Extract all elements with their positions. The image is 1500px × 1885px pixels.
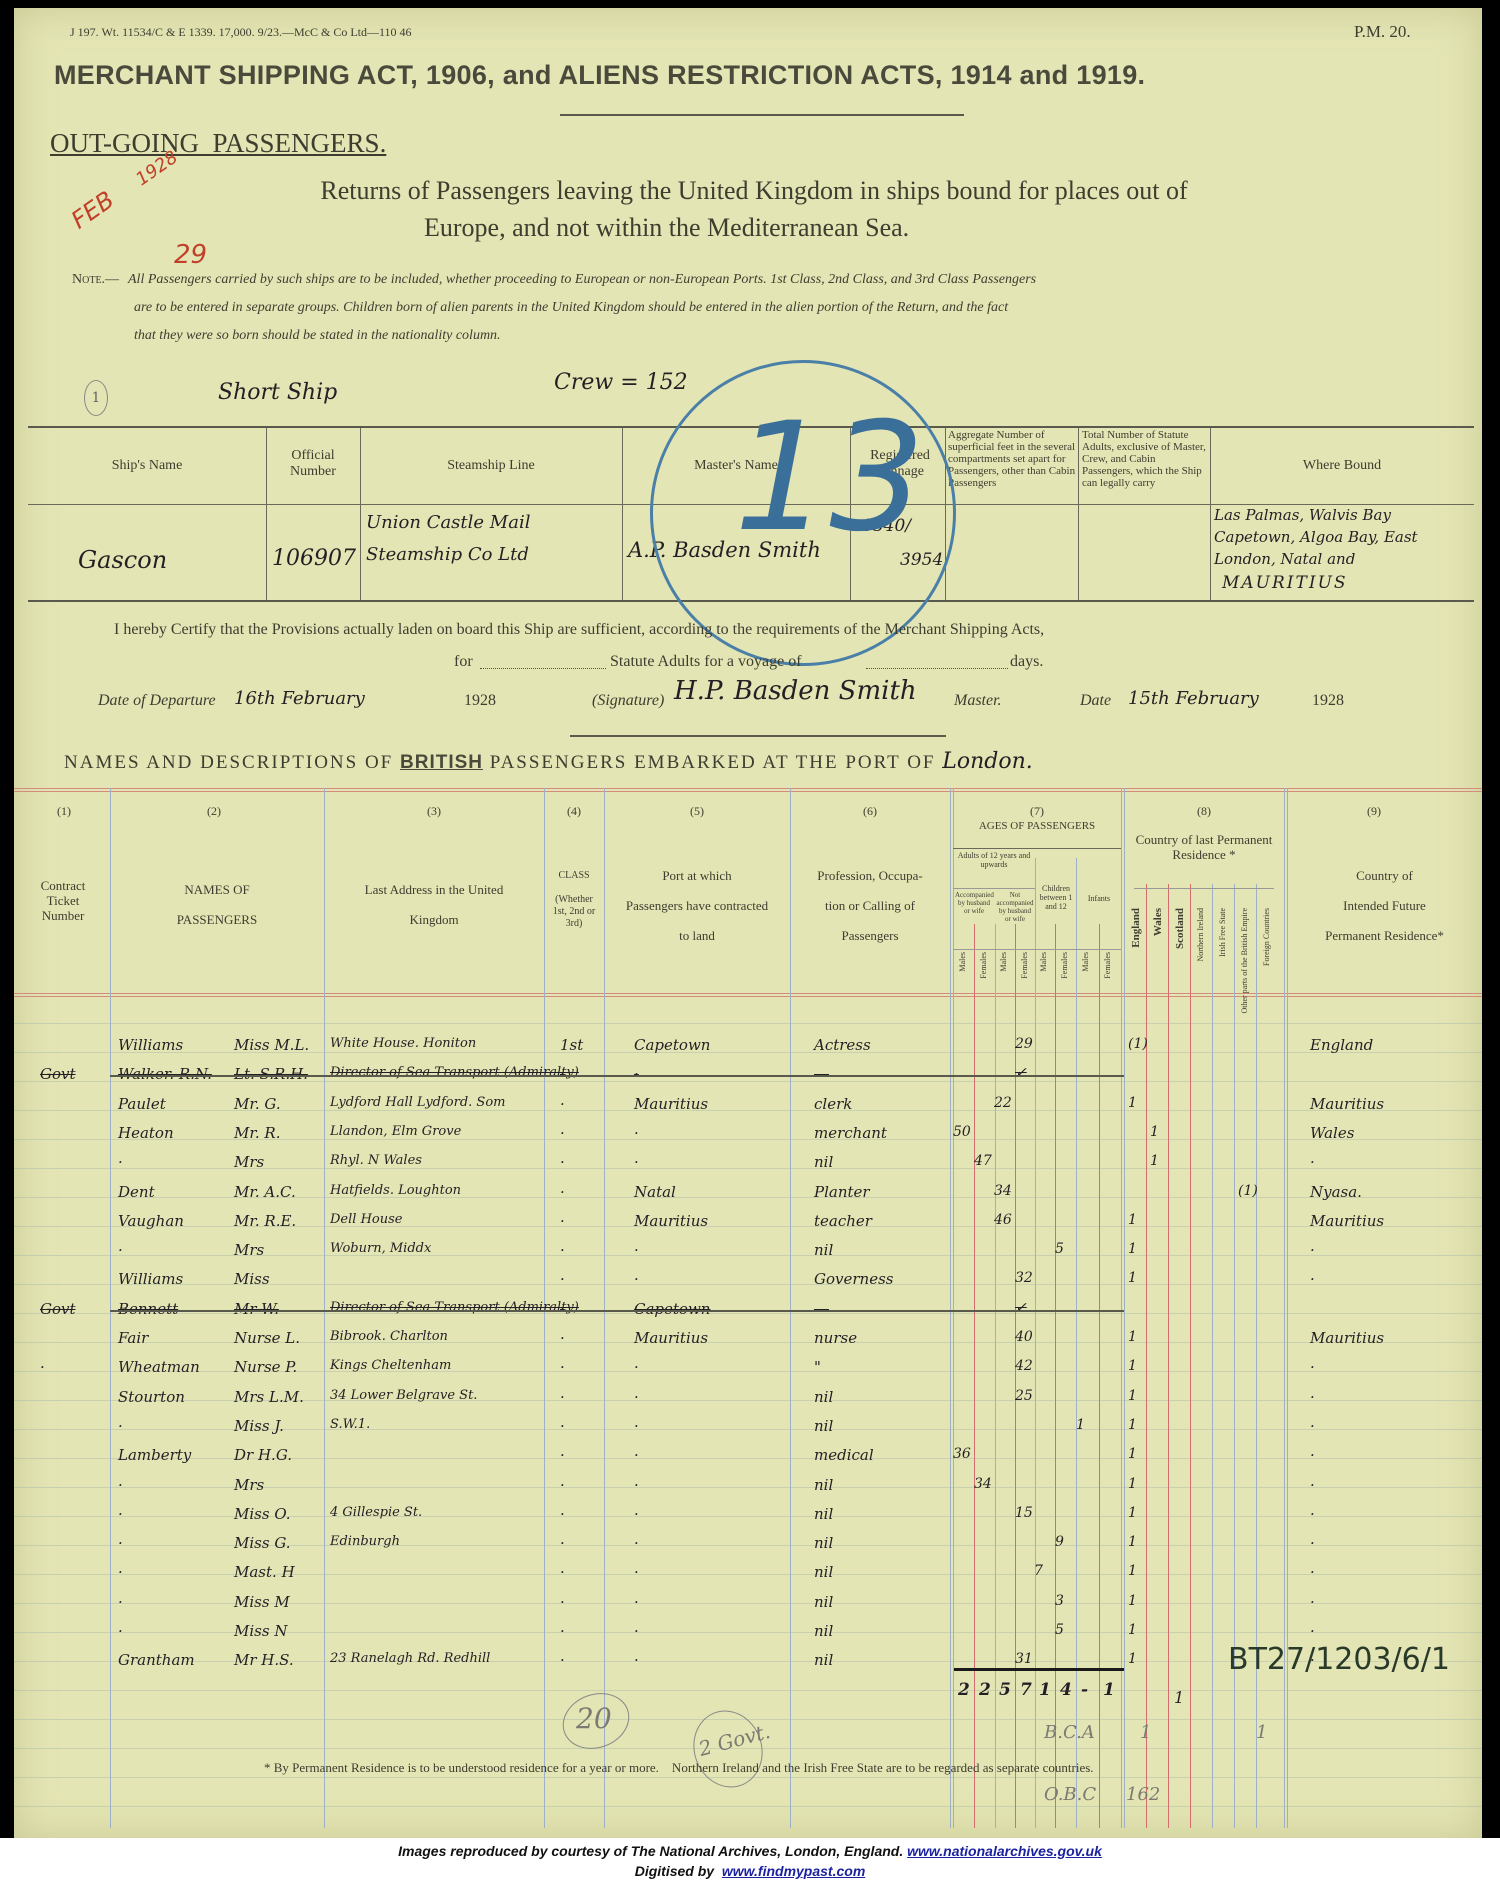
occupation: Actress <box>814 1036 871 1054</box>
passenger-class: · <box>560 1270 565 1288</box>
occupation: — <box>814 1300 829 1318</box>
crew-count-annotation: Crew = 152 <box>554 370 688 395</box>
residence-mark: 1 <box>1128 1329 1137 1345</box>
landing-port: · <box>634 1534 639 1552</box>
short-ship-annotation: Short Ship <box>218 380 337 405</box>
residence-mark: 1 <box>1128 1563 1137 1579</box>
passenger-given-name: Mast. H <box>234 1563 295 1581</box>
departure-date-label: Date of Departure <box>98 692 216 710</box>
passenger-class: · <box>560 1358 565 1376</box>
passenger-surname: Heaton <box>118 1124 174 1142</box>
residence-mark: (1) <box>1238 1183 1258 1199</box>
passenger-given-name: Miss N <box>234 1622 287 1640</box>
col-num-3: (3) <box>414 805 454 818</box>
occupation: Planter <box>814 1183 870 1201</box>
age-subheader: Females <box>1103 952 1112 979</box>
passenger-class: · <box>560 1417 565 1435</box>
last-address: Rhyl. N Wales <box>330 1153 422 1168</box>
landing-port: Capetown <box>634 1300 710 1318</box>
age-value: 42 <box>1015 1358 1033 1374</box>
passenger-given-name: Mr. G. <box>234 1095 281 1113</box>
sign-date-value: 15th February <box>1128 688 1259 709</box>
age-total: 7 <box>1020 1680 1032 1700</box>
blue-circled-number: 13 <box>734 388 925 568</box>
residence-subheader: Other parts of the British Empire <box>1240 908 1249 1014</box>
passenger-class: · <box>560 1388 565 1406</box>
age-subheader: Females <box>1060 952 1069 979</box>
passenger-surname: Williams <box>118 1036 183 1054</box>
passenger-surname: Walker. R.N. <box>118 1065 212 1083</box>
landing-port: · <box>634 1622 639 1640</box>
landing-port: · <box>634 1476 639 1494</box>
age-col-line <box>1076 858 1077 1828</box>
age-total: 2 <box>958 1680 970 1700</box>
future-residence: Mauritius <box>1310 1329 1384 1347</box>
ticket-number: Govt <box>40 1300 76 1318</box>
header-top-red-rule <box>14 788 1482 789</box>
passenger-class: · <box>560 1153 565 1171</box>
residence-mark: 1 <box>1128 1095 1137 1111</box>
certificate-days-label: days. <box>1010 653 1043 671</box>
residence-mark: (1) <box>1128 1036 1148 1052</box>
res-col-line <box>1212 884 1213 1828</box>
age-total: - <box>1081 1680 1088 1700</box>
section-title-british: BRITISH <box>400 752 483 773</box>
passenger-class: · <box>560 1622 565 1640</box>
section-title: OUT-GOING PASSENGERS. <box>50 128 386 159</box>
subtitle-line1: Returns of Passengers leaving the United… <box>134 176 1374 206</box>
age-value: 5 <box>1055 1241 1064 1257</box>
received-stamp-month: FEB <box>66 186 119 235</box>
title-rule <box>560 114 964 116</box>
age-subheader: Males <box>1081 952 1090 972</box>
obc-count: 162 <box>1126 1784 1160 1805</box>
received-stamp-day: 29 <box>174 240 207 270</box>
last-address: 4 Gillespie St. <box>330 1505 422 1520</box>
ticket-number: · <box>40 1358 45 1376</box>
header-bottom-red-rule <box>14 996 1482 997</box>
last-address: Lydford Hall Lydford. Som <box>330 1095 505 1110</box>
age-value: 22 <box>994 1095 1012 1111</box>
passenger-class: · <box>560 1505 565 1523</box>
col-line <box>953 788 954 1828</box>
header-port-line2: Passengers have contracted <box>604 898 790 914</box>
findmypast-link[interactable]: www.findmypast.com <box>722 1863 865 1879</box>
passenger-given-name: Lt. S.R.H. <box>234 1065 308 1083</box>
age-value: 9 <box>1055 1534 1064 1550</box>
age-total: 5 <box>999 1680 1011 1700</box>
future-residence: · <box>1310 1241 1315 1259</box>
landing-port: · <box>634 1651 639 1669</box>
age-header-rule <box>953 848 1121 849</box>
header-names-line1: NAMES OF <box>110 882 324 898</box>
obc-label: O.B.C <box>1044 1784 1096 1805</box>
residence-mark: 1 <box>1128 1651 1137 1667</box>
total-other-mark: 1 <box>1174 1688 1184 1707</box>
passenger-given-name: Mrs <box>234 1241 264 1259</box>
age-total: 4 <box>1060 1680 1072 1700</box>
occupation: nil <box>814 1622 833 1640</box>
landing-port: Natal <box>634 1183 676 1201</box>
last-address: Woburn, Middx <box>330 1241 431 1256</box>
subtitle-line2: Europe, and not within the Mediterranean… <box>424 213 909 243</box>
passenger-surname: · <box>118 1534 123 1552</box>
passenger-class: · <box>560 1534 565 1552</box>
passenger-class: · <box>560 1446 565 1464</box>
age-subheader: Males <box>958 952 967 972</box>
header-future-line1: Country of <box>1287 868 1482 884</box>
ruled-line <box>14 1806 1482 1807</box>
age-value: 1 <box>1076 1417 1085 1433</box>
landing-port: Mauritius <box>634 1095 708 1113</box>
passenger-surname: · <box>118 1153 123 1171</box>
landing-port: · <box>634 1124 639 1142</box>
future-residence: · <box>1310 1388 1315 1406</box>
header-infants: Infants <box>1077 894 1121 903</box>
residence-mark: 1 <box>1150 1153 1159 1169</box>
certificate-line1: I hereby Certify that the Provisions act… <box>114 621 1044 639</box>
landing-port: · <box>634 1505 639 1523</box>
header-statute-adults: Total Number of Statute Adults, exclusiv… <box>1082 429 1208 489</box>
age-value: 32 <box>1015 1270 1033 1286</box>
note-line1: All Passengers carried by such ships are… <box>128 272 1036 288</box>
header-occupation-line1: Profession, Occupa- <box>790 868 950 884</box>
landing-port: · <box>634 1593 639 1611</box>
circled-passenger-count: 20 <box>576 1702 612 1735</box>
certificate-for-label: for <box>454 653 473 671</box>
header-bottom-red-rule <box>14 993 1482 994</box>
passenger-given-name: Miss G. <box>234 1534 291 1552</box>
credit-line2: Digitised by <box>635 1863 714 1879</box>
res-col-line <box>1168 884 1169 1828</box>
header-future-line3: Permanent Residence* <box>1287 928 1482 944</box>
master-signature: H.P. Basden Smith <box>674 676 917 706</box>
col-num-9: (9) <box>1354 805 1394 818</box>
last-address: White House. Honiton <box>330 1036 476 1051</box>
print-code: J 197. Wt. 11534/C & E 1339. 17,000. 9/2… <box>70 25 412 40</box>
ship-col-divider <box>1210 428 1211 600</box>
official-number-value: 106907 <box>272 546 356 571</box>
residence-mark: 1 <box>1128 1358 1137 1374</box>
landing-port: · <box>634 1270 639 1288</box>
occupation: nil <box>814 1505 833 1523</box>
form-number: P.M. 20. <box>1354 22 1411 42</box>
landing-port: Mauritius <box>634 1329 708 1347</box>
header-class-line2: (Whether 1st, 2nd or 3rd) <box>550 894 598 930</box>
passenger-given-name: Mr. A.C. <box>234 1183 296 1201</box>
future-residence: · <box>1310 1505 1315 1523</box>
col-line <box>790 788 791 1828</box>
passenger-surname: · <box>118 1563 123 1581</box>
residence-mark: 1 <box>1150 1124 1159 1140</box>
header-official-number: Official Number <box>276 448 350 480</box>
passenger-given-name: Mr W. <box>234 1300 279 1318</box>
header-future-line2: Intended Future <box>1287 898 1482 914</box>
age-header-rule <box>953 888 1035 889</box>
col-num-1: (1) <box>44 805 84 818</box>
occupation: nil <box>814 1476 833 1494</box>
passenger-given-name: Mrs <box>234 1476 264 1494</box>
age-value: ✓ <box>1015 1300 1027 1316</box>
age-subheader: Females <box>1020 952 1029 979</box>
signature-label: (Signature) <box>592 692 664 710</box>
residence-mark: 1 <box>1128 1534 1137 1550</box>
signature-rule <box>570 735 946 737</box>
passenger-surname: · <box>118 1593 123 1611</box>
header-port-line1: Port at which <box>604 868 790 884</box>
master-label: Master. <box>954 692 1002 710</box>
occupation: nil <box>814 1563 833 1581</box>
passenger-class: · <box>560 1065 565 1083</box>
passenger-surname: Lamberty <box>118 1446 191 1464</box>
last-address: Bibrook. Charlton <box>330 1329 448 1344</box>
landing-port: · <box>634 1358 639 1376</box>
section-title-post: PASSENGERS EMBARKED AT THE PORT OF <box>490 752 936 773</box>
occupation: nil <box>814 1241 833 1259</box>
future-residence: · <box>1310 1476 1315 1494</box>
age-col-line <box>1015 924 1016 1828</box>
passenger-surname: Paulet <box>118 1095 166 1113</box>
ship-col-divider <box>360 428 361 600</box>
passenger-class: · <box>560 1241 565 1259</box>
header-aggregate-feet: Aggregate Number of superficial feet in … <box>948 429 1076 489</box>
age-value: 40 <box>1015 1329 1033 1345</box>
age-value: 15 <box>1015 1505 1033 1521</box>
last-address: Edinburgh <box>330 1534 400 1549</box>
header-occupation-line2: tion or Calling of <box>790 898 950 914</box>
landing-port: · <box>634 1065 639 1083</box>
future-residence: · <box>1310 1593 1315 1611</box>
passenger-class: · <box>560 1212 565 1230</box>
occupation: teacher <box>814 1212 872 1230</box>
steamship-line-value-1: Union Castle Mail <box>366 512 530 533</box>
occupation: nil <box>814 1534 833 1552</box>
future-residence: Mauritius <box>1310 1095 1384 1113</box>
age-subheader: Males <box>999 952 1008 972</box>
passenger-given-name: Mrs L.M. <box>234 1388 304 1406</box>
residence-mark: 1 <box>1128 1241 1137 1257</box>
circled-one-annotation: 1 <box>84 380 108 416</box>
where-bound-value-2: Capetown, Algoa Bay, East <box>1214 528 1418 546</box>
national-archives-link[interactable]: www.nationalarchives.gov.uk <box>907 1843 1102 1859</box>
age-value: 5 <box>1055 1622 1064 1638</box>
ship-col-divider <box>1078 428 1079 600</box>
landing-port: Mauritius <box>634 1212 708 1230</box>
header-adults: Adults of 12 years and upwards <box>955 851 1033 869</box>
occupation: merchant <box>814 1124 887 1142</box>
occupation: nil <box>814 1593 833 1611</box>
last-address: Llandon, Elm Grove <box>330 1124 461 1139</box>
res-col-line <box>1234 884 1235 1828</box>
passenger-given-name: Miss O. <box>234 1505 291 1523</box>
header-occupation-line3: Passengers <box>790 928 950 944</box>
passenger-given-name: Mr. R.E. <box>234 1212 296 1230</box>
residence-mark: 1 <box>1128 1622 1137 1638</box>
passenger-given-name: Nurse P. <box>234 1358 297 1376</box>
occupation: nil <box>814 1153 833 1171</box>
passenger-given-name: Miss M.L. <box>234 1036 309 1054</box>
where-bound-value-1: Las Palmas, Walvis Bay <box>1214 506 1391 524</box>
res-col-line <box>1256 884 1257 1828</box>
age-header-rule <box>953 949 1121 950</box>
passenger-surname: · <box>118 1417 123 1435</box>
future-residence: Mauritius <box>1310 1212 1384 1230</box>
age-col-line <box>974 924 975 1828</box>
header-children: Children between 1 and 12 <box>1036 884 1076 911</box>
age-value: 31 <box>1015 1651 1033 1667</box>
passenger-surname: Bennett <box>118 1300 178 1318</box>
passenger-given-name: Mr. R. <box>234 1124 280 1142</box>
passenger-given-name: Miss <box>234 1270 270 1288</box>
passenger-class: · <box>560 1095 565 1113</box>
header-steamship-line: Steamship Line <box>360 458 622 474</box>
occupation: Governess <box>814 1270 893 1288</box>
residence-mark: 1 <box>1128 1446 1137 1462</box>
archive-reference: BT27/1203/6/1 <box>1228 1642 1450 1677</box>
age-col-line <box>1035 858 1036 1828</box>
age-value: 47 <box>974 1153 992 1169</box>
last-address: Director of Sea Transport (Admiralty) <box>330 1300 579 1315</box>
occupation: nurse <box>814 1329 857 1347</box>
col-line <box>1124 788 1125 1828</box>
section-title-pre: NAMES AND DESCRIPTIONS OF <box>64 752 393 773</box>
col-num-7: (7) <box>1017 805 1057 818</box>
age-subheader: Females <box>979 952 988 979</box>
strike-through-line <box>110 1310 1124 1312</box>
passenger-class: 1st <box>560 1036 583 1054</box>
ship-col-divider <box>266 428 267 600</box>
steamship-line-value-2: Steamship Co Ltd <box>366 544 529 565</box>
header-accompanied: Accompanied by husband or wife <box>955 891 993 915</box>
header-where-bound: Where Bound <box>1210 458 1474 474</box>
age-value: 25 <box>1015 1388 1033 1404</box>
landing-port: · <box>634 1563 639 1581</box>
future-residence: · <box>1310 1358 1315 1376</box>
bca-label: B.C.A <box>1044 1722 1095 1743</box>
passenger-surname: Wheatman <box>118 1358 200 1376</box>
age-total: 1 <box>1039 1680 1051 1700</box>
landing-port: Capetown <box>634 1036 710 1054</box>
future-residence: · <box>1310 1534 1315 1552</box>
age-value: ✓ <box>1015 1065 1027 1081</box>
last-address: S.W.1. <box>330 1417 370 1432</box>
header-ship-name: Ship's Name <box>28 458 266 474</box>
ruled-line <box>14 1690 1482 1691</box>
last-address: 34 Lower Belgrave St. <box>330 1388 477 1403</box>
residence-subheader: Northern Ireland <box>1196 908 1205 962</box>
passenger-surname: Fair <box>118 1329 148 1347</box>
res-col-line <box>1190 884 1191 1828</box>
header-ages-title: AGES OF PASSENGERS <box>974 820 1100 832</box>
residence-mark: 1 <box>1128 1476 1137 1492</box>
res-header-rule <box>1134 888 1274 889</box>
occupation: nil <box>814 1417 833 1435</box>
header-address-line1: Last Address in the United <box>324 882 544 898</box>
last-address: Hatfields. Loughton <box>330 1183 461 1198</box>
passenger-given-name: Dr H.G. <box>234 1446 292 1464</box>
passenger-surname: · <box>118 1622 123 1640</box>
landing-port: · <box>634 1388 639 1406</box>
residence-mark: 1 <box>1128 1417 1137 1433</box>
age-col-line <box>1099 924 1100 1828</box>
passenger-surname: Vaughan <box>118 1212 184 1230</box>
header-top-red-rule <box>14 791 1482 792</box>
col-line <box>950 788 951 1828</box>
age-value: 46 <box>994 1212 1012 1228</box>
header-port-line3: to land <box>604 928 790 944</box>
landing-port: · <box>634 1153 639 1171</box>
days-blank <box>866 668 1008 669</box>
passenger-surname: · <box>118 1505 123 1523</box>
passenger-class: · <box>560 1183 565 1201</box>
residence-subheader: England <box>1130 908 1142 948</box>
occupation: — <box>814 1065 829 1083</box>
future-residence: England <box>1310 1036 1373 1054</box>
passenger-class: · <box>560 1124 565 1142</box>
passenger-surname: Williams <box>118 1270 183 1288</box>
header-address-line2: Kingdom <box>324 912 544 928</box>
where-bound-value-4: MAURITIUS <box>1222 573 1348 593</box>
passenger-given-name: Nurse L. <box>234 1329 300 1347</box>
col-line <box>324 788 325 1828</box>
note-line3: that they were so born should be stated … <box>134 328 501 344</box>
col-line <box>604 788 605 1828</box>
header-contract-ticket: Contract Ticket Number <box>28 878 98 923</box>
col-line <box>1121 788 1122 1828</box>
bca-mark-1: 1 <box>1140 1722 1151 1743</box>
totals-rule <box>954 1668 1124 1671</box>
age-subheader: Males <box>1039 952 1048 972</box>
residence-subheader: Scotland <box>1174 908 1186 949</box>
ship-col-divider <box>622 428 623 600</box>
future-residence: · <box>1310 1446 1315 1464</box>
age-value: 34 <box>974 1476 992 1492</box>
ticket-number: Govt <box>40 1065 76 1083</box>
residence-subheader: Foreign Countries <box>1262 908 1271 966</box>
age-value: 34 <box>994 1183 1012 1199</box>
passenger-surname: · <box>118 1476 123 1494</box>
future-residence: · <box>1310 1153 1315 1171</box>
note-label: Note.— <box>72 272 119 288</box>
future-residence: Wales <box>1310 1124 1354 1142</box>
landing-port: · <box>634 1241 639 1259</box>
future-residence: · <box>1310 1563 1315 1581</box>
passenger-given-name: Mr H.S. <box>234 1651 294 1669</box>
age-value: 36 <box>953 1446 971 1462</box>
landing-port: · <box>634 1417 639 1435</box>
residence-mark: 1 <box>1128 1212 1137 1228</box>
passenger-class: · <box>560 1329 565 1347</box>
last-address: Director of Sea Transport (Admiralty) <box>330 1065 579 1080</box>
sign-date-label: Date <box>1080 692 1111 710</box>
col-num-4: (4) <box>554 805 594 818</box>
occupation: medical <box>814 1446 874 1464</box>
ruled-line <box>14 1023 1482 1024</box>
passenger-section-title: NAMES AND DESCRIPTIONS OF BRITISH PASSEN… <box>64 749 1033 774</box>
residence-subheader: Wales <box>1152 908 1164 936</box>
residence-subheader: Irish Free State <box>1218 908 1227 957</box>
passenger-given-name: Mrs <box>234 1153 264 1171</box>
res-col-line <box>1146 884 1147 1828</box>
residence-mark: 1 <box>1128 1593 1137 1609</box>
for-blank <box>480 668 606 669</box>
residence-mark: 1 <box>1128 1505 1137 1521</box>
occupation: " <box>814 1358 821 1376</box>
future-residence: Nyasa. <box>1310 1183 1362 1201</box>
header-not-accompanied: Not accompanied by husband or wife <box>996 891 1034 923</box>
col-num-2: (2) <box>194 805 234 818</box>
age-total: 2 <box>979 1680 991 1700</box>
